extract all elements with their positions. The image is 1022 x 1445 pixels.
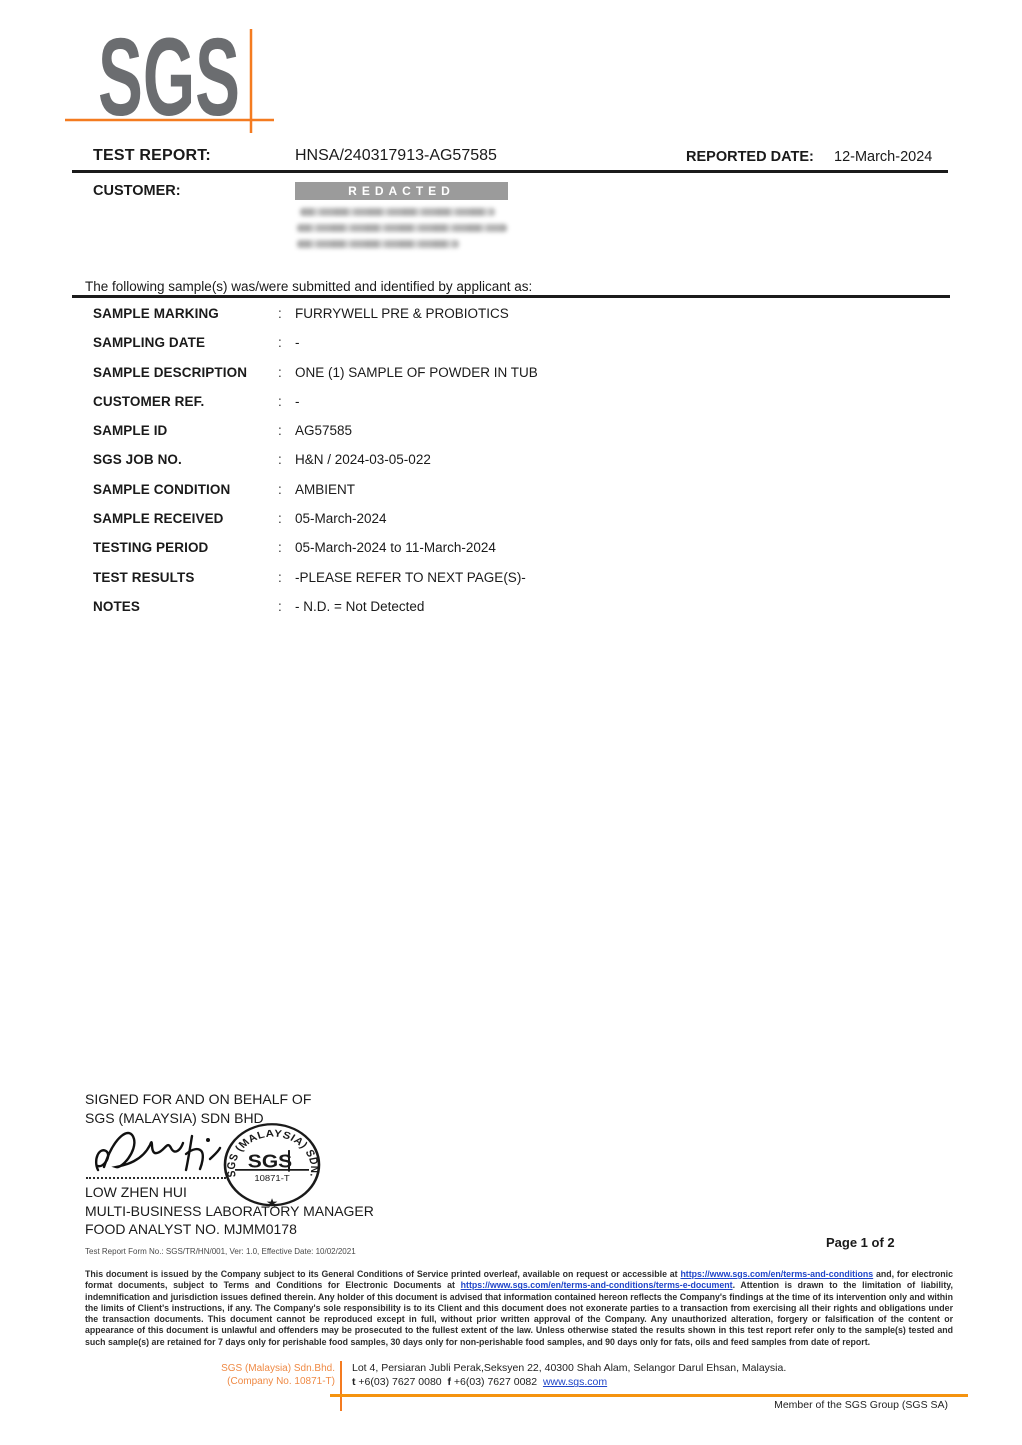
redacted-address-line-2 <box>297 224 507 232</box>
table-row: SAMPLE DESCRIPTION : ONE (1) SAMPLE OF P… <box>93 365 913 394</box>
table-row: SAMPLE MARKING : FURRYWELL PRE & PROBIOT… <box>93 306 913 335</box>
phone-t-label: t <box>352 1376 356 1388</box>
row-separator: : <box>278 365 295 380</box>
footer-horizontal-rule <box>330 1394 968 1397</box>
footer-company-number: (Company No. 10871-T) <box>150 1375 335 1388</box>
redacted-customer-name: REDACTED <box>295 182 508 200</box>
reported-date-value: 12-March-2024 <box>834 149 932 165</box>
row-value: -PLEASE REFER TO NEXT PAGE(S)- <box>295 570 913 585</box>
row-separator: : <box>278 599 295 614</box>
row-label: NOTES <box>93 599 278 614</box>
intro-divider <box>72 295 950 298</box>
footer-member-text: Member of the SGS Group (SGS SA) <box>774 1399 948 1411</box>
sample-info-table: SAMPLE MARKING : FURRYWELL PRE & PROBIOT… <box>93 306 913 628</box>
footer-address-line: Lot 4, Persiaran Jubli Perak,Seksyen 22,… <box>352 1361 786 1375</box>
phone-t-value: +6(03) 7627 0080 <box>358 1376 441 1388</box>
test-report-page: SGS TEST REPORT: HNSA/240317913-AG57585 … <box>0 0 1022 1445</box>
page-number: Page 1 of 2 <box>826 1235 895 1250</box>
table-row: SAMPLE RECEIVED : 05-March-2024 <box>93 511 913 540</box>
row-value: 05-March-2024 <box>295 511 913 526</box>
redacted-address-line-1 <box>300 208 495 216</box>
row-separator: : <box>278 306 295 321</box>
signatory-title: MULTI-BUSINESS LABORATORY MANAGER <box>85 1203 374 1219</box>
terms-e-document-link[interactable]: https://www.sgs.com/en/terms-and-conditi… <box>461 1280 733 1290</box>
sgs-logo: SGS <box>65 25 305 160</box>
footer-address-block: Lot 4, Persiaran Jubli Perak,Seksyen 22,… <box>352 1361 786 1390</box>
footer-vertical-divider <box>340 1361 342 1411</box>
row-label: SAMPLE CONDITION <box>93 482 278 497</box>
table-row: TEST RESULTS : -PLEASE REFER TO NEXT PAG… <box>93 570 913 599</box>
row-separator: : <box>278 452 295 467</box>
row-separator: : <box>278 394 295 409</box>
table-row: CUSTOMER REF. : - <box>93 394 913 423</box>
header-divider <box>72 170 948 173</box>
row-label: SAMPLE DESCRIPTION <box>93 365 278 380</box>
row-value: - <box>295 394 913 409</box>
row-value: - <box>295 335 913 350</box>
phone-f-value: +6(03) 7627 0082 <box>454 1376 537 1388</box>
row-value: H&N / 2024-03-05-022 <box>295 452 913 467</box>
website-link[interactable]: www.sgs.com <box>543 1376 607 1388</box>
row-separator: : <box>278 335 295 350</box>
table-row: SAMPLE ID : AG57585 <box>93 423 913 452</box>
sgs-logo-text: SGS <box>98 25 240 139</box>
row-label: SAMPLING DATE <box>93 335 278 350</box>
signature-dotted-line <box>86 1163 226 1179</box>
table-row: TESTING PERIOD : 05-March-2024 to 11-Mar… <box>93 540 913 569</box>
table-row: SAMPLING DATE : - <box>93 335 913 364</box>
table-row: NOTES : - N.D. = Not Detected <box>93 599 913 628</box>
row-separator: : <box>278 482 295 497</box>
row-value: AMBIENT <box>295 482 913 497</box>
disclaimer-text-1: This document is issued by the Company s… <box>85 1269 680 1279</box>
table-row: SAMPLE CONDITION : AMBIENT <box>93 482 913 511</box>
footer-company-block: SGS (Malaysia) Sdn.Bhd. (Company No. 108… <box>150 1362 335 1388</box>
terms-link[interactable]: https://www.sgs.com/en/terms-and-conditi… <box>680 1269 873 1279</box>
stamp-sgs-text: SGS <box>248 1152 292 1172</box>
row-label: CUSTOMER REF. <box>93 394 278 409</box>
legal-disclaimer: This document is issued by the Company s… <box>85 1269 953 1348</box>
redacted-label: REDACTED <box>348 184 455 198</box>
row-separator: : <box>278 540 295 555</box>
company-stamp: SGS (MALAYSIA) SDN. BHD. SGS 10871-T ★ <box>220 1120 324 1209</box>
row-label: TESTING PERIOD <box>93 540 278 555</box>
phone-f-label: f <box>447 1376 451 1388</box>
row-separator: : <box>278 423 295 438</box>
row-value: - N.D. = Not Detected <box>295 599 913 614</box>
signatory-name: LOW ZHEN HUI <box>85 1184 187 1200</box>
row-value: ONE (1) SAMPLE OF POWDER IN TUB <box>295 365 913 380</box>
stamp-company-number: 10871-T <box>254 1174 290 1183</box>
row-label: SGS JOB NO. <box>93 452 278 467</box>
sgs-logo-graphic: SGS <box>65 25 305 160</box>
reported-date-label: REPORTED DATE: <box>686 149 814 165</box>
signatory-analyst-no: FOOD ANALYST NO. MJMM0178 <box>85 1221 297 1237</box>
footer-contact-line: t +6(03) 7627 0080 f +6(03) 7627 0082 ww… <box>352 1375 786 1389</box>
signed-for-line: SIGNED FOR AND ON BEHALF OF <box>85 1091 311 1107</box>
row-label: SAMPLE RECEIVED <box>93 511 278 526</box>
redacted-address-line-3 <box>297 240 459 248</box>
row-separator: : <box>278 511 295 526</box>
test-report-label: TEST REPORT: <box>93 147 211 165</box>
row-value: AG57585 <box>295 423 913 438</box>
table-row: SGS JOB NO. : H&N / 2024-03-05-022 <box>93 452 913 481</box>
form-number-line: Test Report Form No.: SGS/TR/HN/001, Ver… <box>85 1247 356 1256</box>
row-label: TEST RESULTS <box>93 570 278 585</box>
footer-company-name: SGS (Malaysia) Sdn.Bhd. <box>150 1362 335 1375</box>
intro-sentence: The following sample(s) was/were submitt… <box>85 279 532 294</box>
row-value: FURRYWELL PRE & PROBIOTICS <box>295 306 913 321</box>
row-separator: : <box>278 570 295 585</box>
row-value: 05-March-2024 to 11-March-2024 <box>295 540 913 555</box>
row-label: SAMPLE MARKING <box>93 306 278 321</box>
customer-label: CUSTOMER: <box>93 183 181 199</box>
report-number: HNSA/240317913-AG57585 <box>295 147 497 165</box>
row-label: SAMPLE ID <box>93 423 278 438</box>
